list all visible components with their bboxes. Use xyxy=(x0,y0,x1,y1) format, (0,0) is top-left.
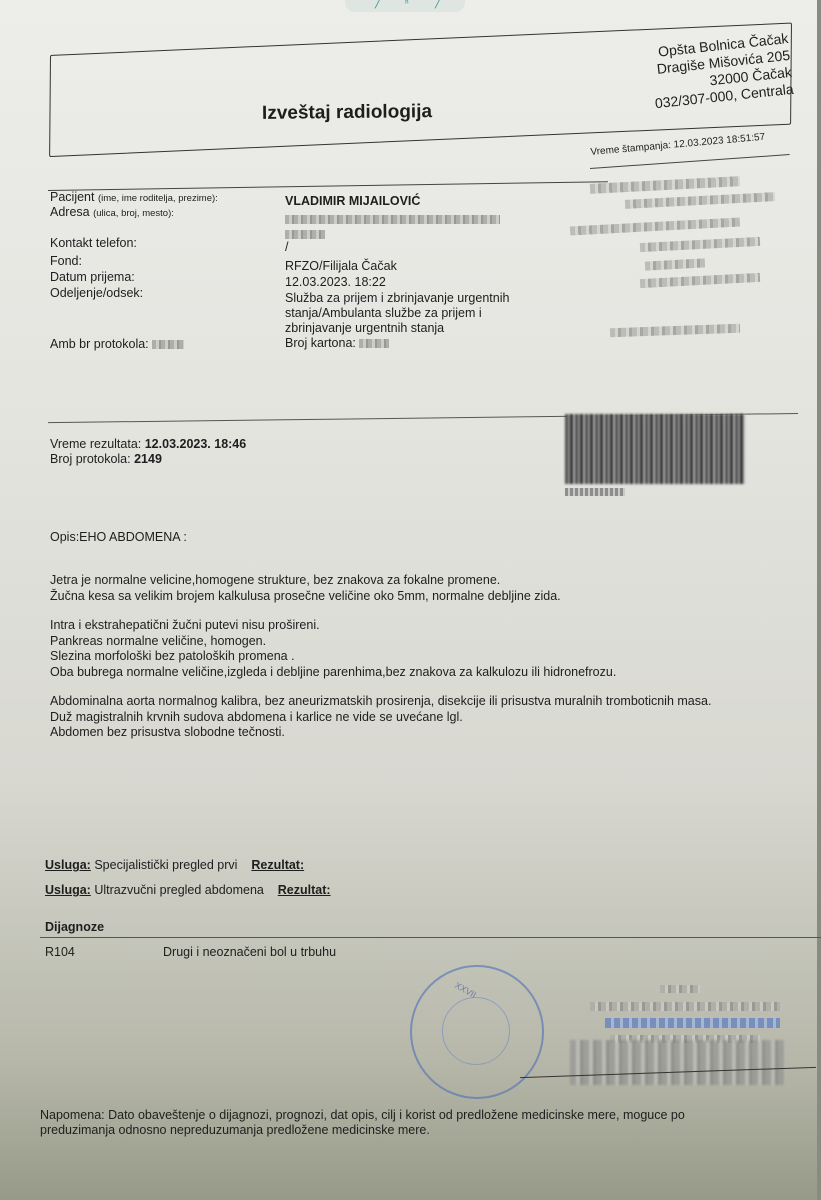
official-stamp: XXVII xyxy=(410,965,544,1099)
finding-line: Slezina morfološki bez patoloških promen… xyxy=(50,649,711,665)
protocol-label: Broj protokola: xyxy=(50,452,131,466)
finding-line: Abdomen bez prisustva slobodne tečnosti. xyxy=(50,725,711,741)
divider xyxy=(40,937,821,938)
diagnosis-description: Drugi i neoznačeni bol u trbuhu xyxy=(163,945,336,959)
redacted-text xyxy=(640,237,760,252)
service-row: Usluga: Ultrazvučni pregled abdomena Rez… xyxy=(45,883,331,897)
card-number: Broj kartona: xyxy=(285,336,389,351)
divider xyxy=(590,154,790,169)
barcode-redacted xyxy=(565,414,745,484)
finding-line: Abdominalna aorta normalnog kalibra, bez… xyxy=(50,694,711,710)
fund-value: RFZO/Filijala Čačak xyxy=(285,259,397,274)
finding-line: Intra i ekstrahepatični žučni putevi nis… xyxy=(50,618,711,634)
redacted-text xyxy=(625,192,775,209)
diagnosis-code: R104 xyxy=(45,945,75,959)
amb-protocol: Amb br protokola: xyxy=(50,337,184,351)
phone-value: / xyxy=(285,240,288,255)
finding-line: Žučna kesa sa velikim brojem kalkulusa p… xyxy=(50,589,711,605)
redacted-text xyxy=(590,176,740,194)
barcode-number-redacted xyxy=(565,488,625,496)
patient-name-label: Pacijent (ime, ime roditelja, prezime): xyxy=(50,190,218,204)
admission-value: 12.03.2023. 18:22 xyxy=(285,275,386,290)
findings: Jetra je normalne velicine,homogene stru… xyxy=(50,573,711,741)
print-time: Vreme štampanja: 12.03.2023 18:51:57 xyxy=(590,132,766,158)
service-row: Usluga: Specijalistički pregled prvi Rez… xyxy=(45,858,304,872)
finding-line: Duž magistralnih krvnih sudova abdomena … xyxy=(50,710,711,726)
admission-label: Datum prijema: xyxy=(50,270,135,284)
background-paper-corner: ╱ⁿ╱ xyxy=(345,0,465,12)
diagnoses-title: Dijagnoze xyxy=(45,920,104,934)
result-time-label: Vreme rezultata: xyxy=(50,437,141,451)
finding-line: Oba bubrega normalne veličine,izgleda i … xyxy=(50,665,711,681)
fund-label: Fond: xyxy=(50,254,82,268)
protocol-number: 2149 xyxy=(134,452,162,466)
redacted-text xyxy=(570,218,740,236)
address-label: Adresa (ulica, broj, mesto): xyxy=(50,205,174,219)
department-value: Služba za prijem i zbrinjavanje urgentni… xyxy=(285,291,509,336)
redacted-text xyxy=(610,324,740,338)
note: Napomena: Dato obaveštenje o dijagnozi, … xyxy=(40,1108,685,1138)
hospital-info: Opšta Bolnica Čačak Dragiše Mišovića 205… xyxy=(648,30,794,112)
department-label: Odeljenje/odsek: xyxy=(50,286,143,300)
phone-label: Kontakt telefon: xyxy=(50,236,137,250)
redacted-text xyxy=(590,1002,780,1011)
description-heading: Opis:EHO ABDOMENA : xyxy=(50,530,187,544)
redacted-text xyxy=(640,273,760,288)
patient-name: VLADIMIR MIJAILOVIĆ xyxy=(285,194,420,209)
redacted-text xyxy=(605,1018,780,1028)
finding-line: Pankreas normalne veličine, homogen. xyxy=(50,634,711,650)
redacted-text xyxy=(660,985,700,993)
result-meta: Vreme rezultata: 12.03.2023. 18:46 Broj … xyxy=(50,437,246,467)
document-title: Izveštaj radiologija xyxy=(262,101,432,125)
signature-redacted xyxy=(570,1040,785,1085)
redacted-text xyxy=(645,258,705,270)
address-value-redacted xyxy=(285,212,500,242)
finding-line: Jetra je normalne velicine,homogene stru… xyxy=(50,573,711,589)
result-time: 12.03.2023. 18:46 xyxy=(145,437,246,451)
paper-edge xyxy=(817,0,821,1200)
